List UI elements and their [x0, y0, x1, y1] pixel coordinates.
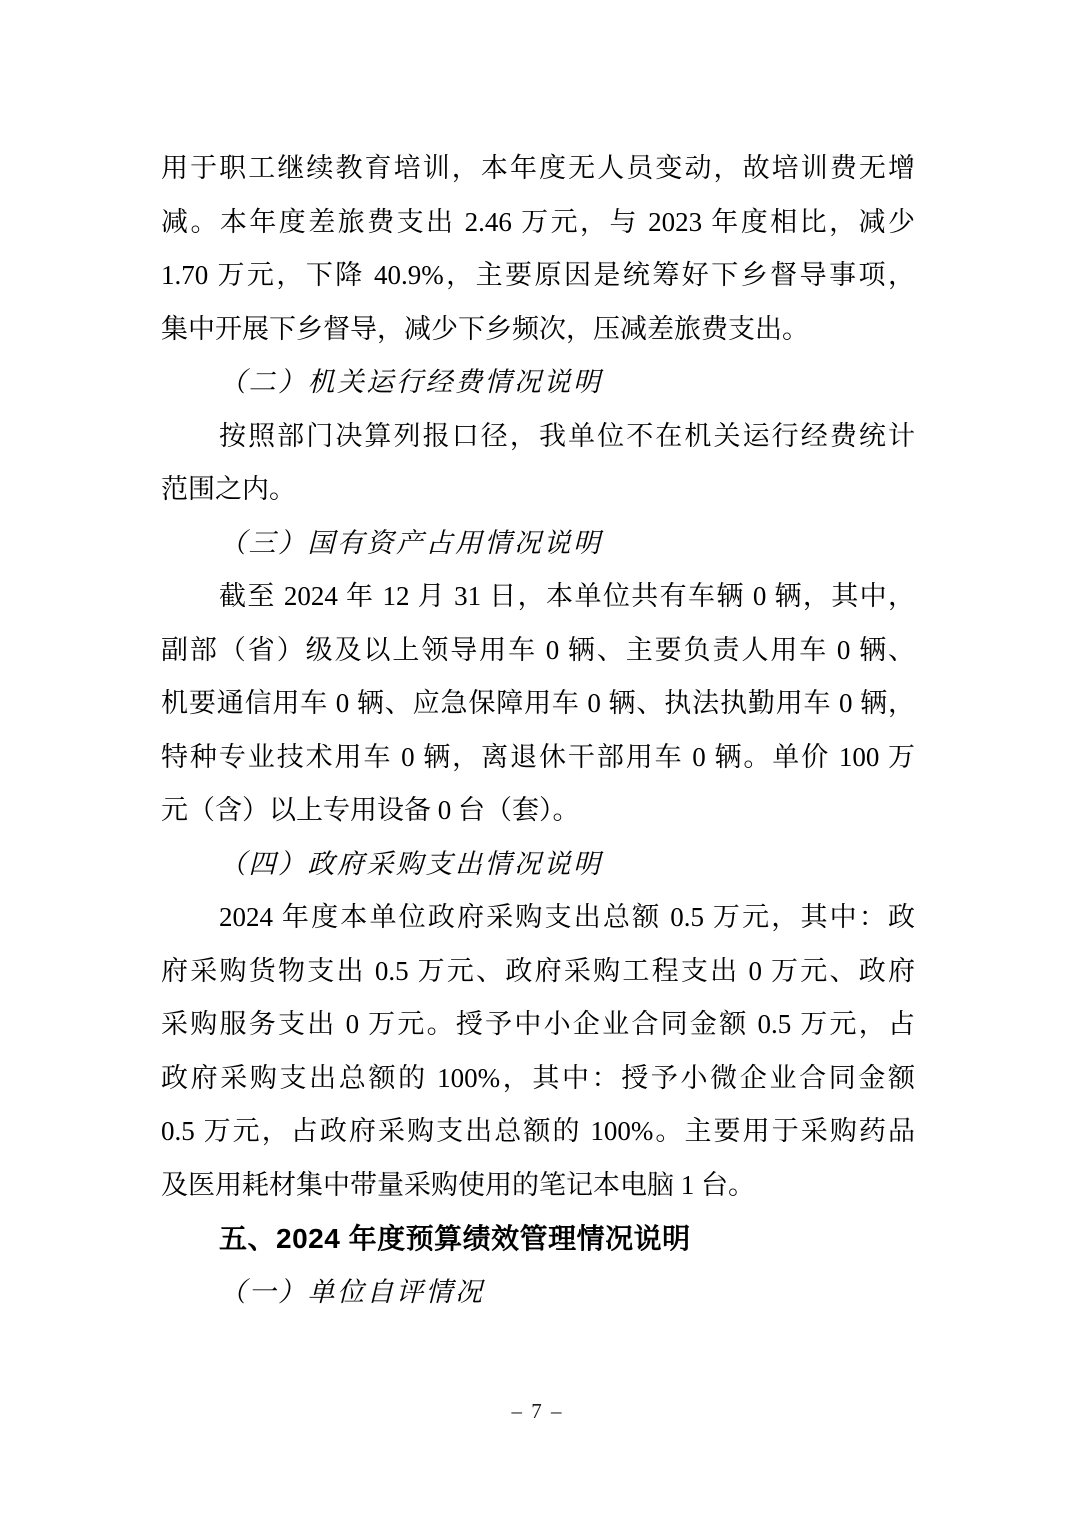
- body-line: 采购服务支出 0 万元。授予中小企业合同金额 0.5 万元，占: [161, 998, 915, 1052]
- section-heading-performance: 五、2024 年度预算绩效管理情况说明: [161, 1212, 915, 1266]
- subsection-heading-org-expenses: （二）机关运行经费情况说明: [161, 356, 915, 410]
- body-line: 1.70 万元，下降 40.9%，主要原因是统筹好下乡督导事项，: [161, 249, 915, 303]
- body-line: 及医用耗材集中带量采购使用的笔记本电脑 1 台。: [161, 1159, 915, 1213]
- body-line: 元（含）以上专用设备 0 台（套）。: [161, 784, 915, 838]
- body-line: 减。本年度差旅费支出 2.46 万元，与 2023 年度相比，减少: [161, 196, 915, 250]
- text-content: 用于职工继续教育培训，本年度无人员变动，故培训费无增 减。本年度差旅费支出 2.…: [161, 142, 915, 1319]
- body-line: 政府采购支出总额的 100%，其中：授予小微企业合同金额: [161, 1052, 915, 1106]
- subsection-heading-procurement: （四）政府采购支出情况说明: [161, 838, 915, 892]
- body-line: 府采购货物支出 0.5 万元、政府采购工程支出 0 万元、政府: [161, 945, 915, 999]
- subsection-heading-self-evaluation: （一）单位自评情况: [161, 1266, 915, 1320]
- body-line: 截至 2024 年 12 月 31 日，本单位共有车辆 0 辆，其中，: [161, 570, 915, 624]
- body-line: 范围之内。: [161, 463, 915, 517]
- body-line: 用于职工继续教育培训，本年度无人员变动，故培训费无增: [161, 142, 915, 196]
- body-line: 副部（省）级及以上领导用车 0 辆、主要负责人用车 0 辆、: [161, 624, 915, 678]
- document-page: 用于职工继续教育培训，本年度无人员变动，故培训费无增 减。本年度差旅费支出 2.…: [0, 0, 1075, 1520]
- page-number: – 7 –: [0, 1399, 1075, 1424]
- body-line: 机要通信用车 0 辆、应急保障用车 0 辆、执法执勤用车 0 辆，: [161, 677, 915, 731]
- subsection-heading-state-assets: （三）国有资产占用情况说明: [161, 517, 915, 571]
- body-line: 按照部门决算列报口径，我单位不在机关运行经费统计: [161, 410, 915, 464]
- body-line: 集中开展下乡督导，减少下乡频次，压减差旅费支出。: [161, 303, 915, 357]
- body-line: 特种专业技术用车 0 辆，离退休干部用车 0 辆。单价 100 万: [161, 731, 915, 785]
- body-line: 2024 年度本单位政府采购支出总额 0.5 万元，其中：政: [161, 891, 915, 945]
- body-line: 0.5 万元，占政府采购支出总额的 100%。主要用于采购药品: [161, 1105, 915, 1159]
